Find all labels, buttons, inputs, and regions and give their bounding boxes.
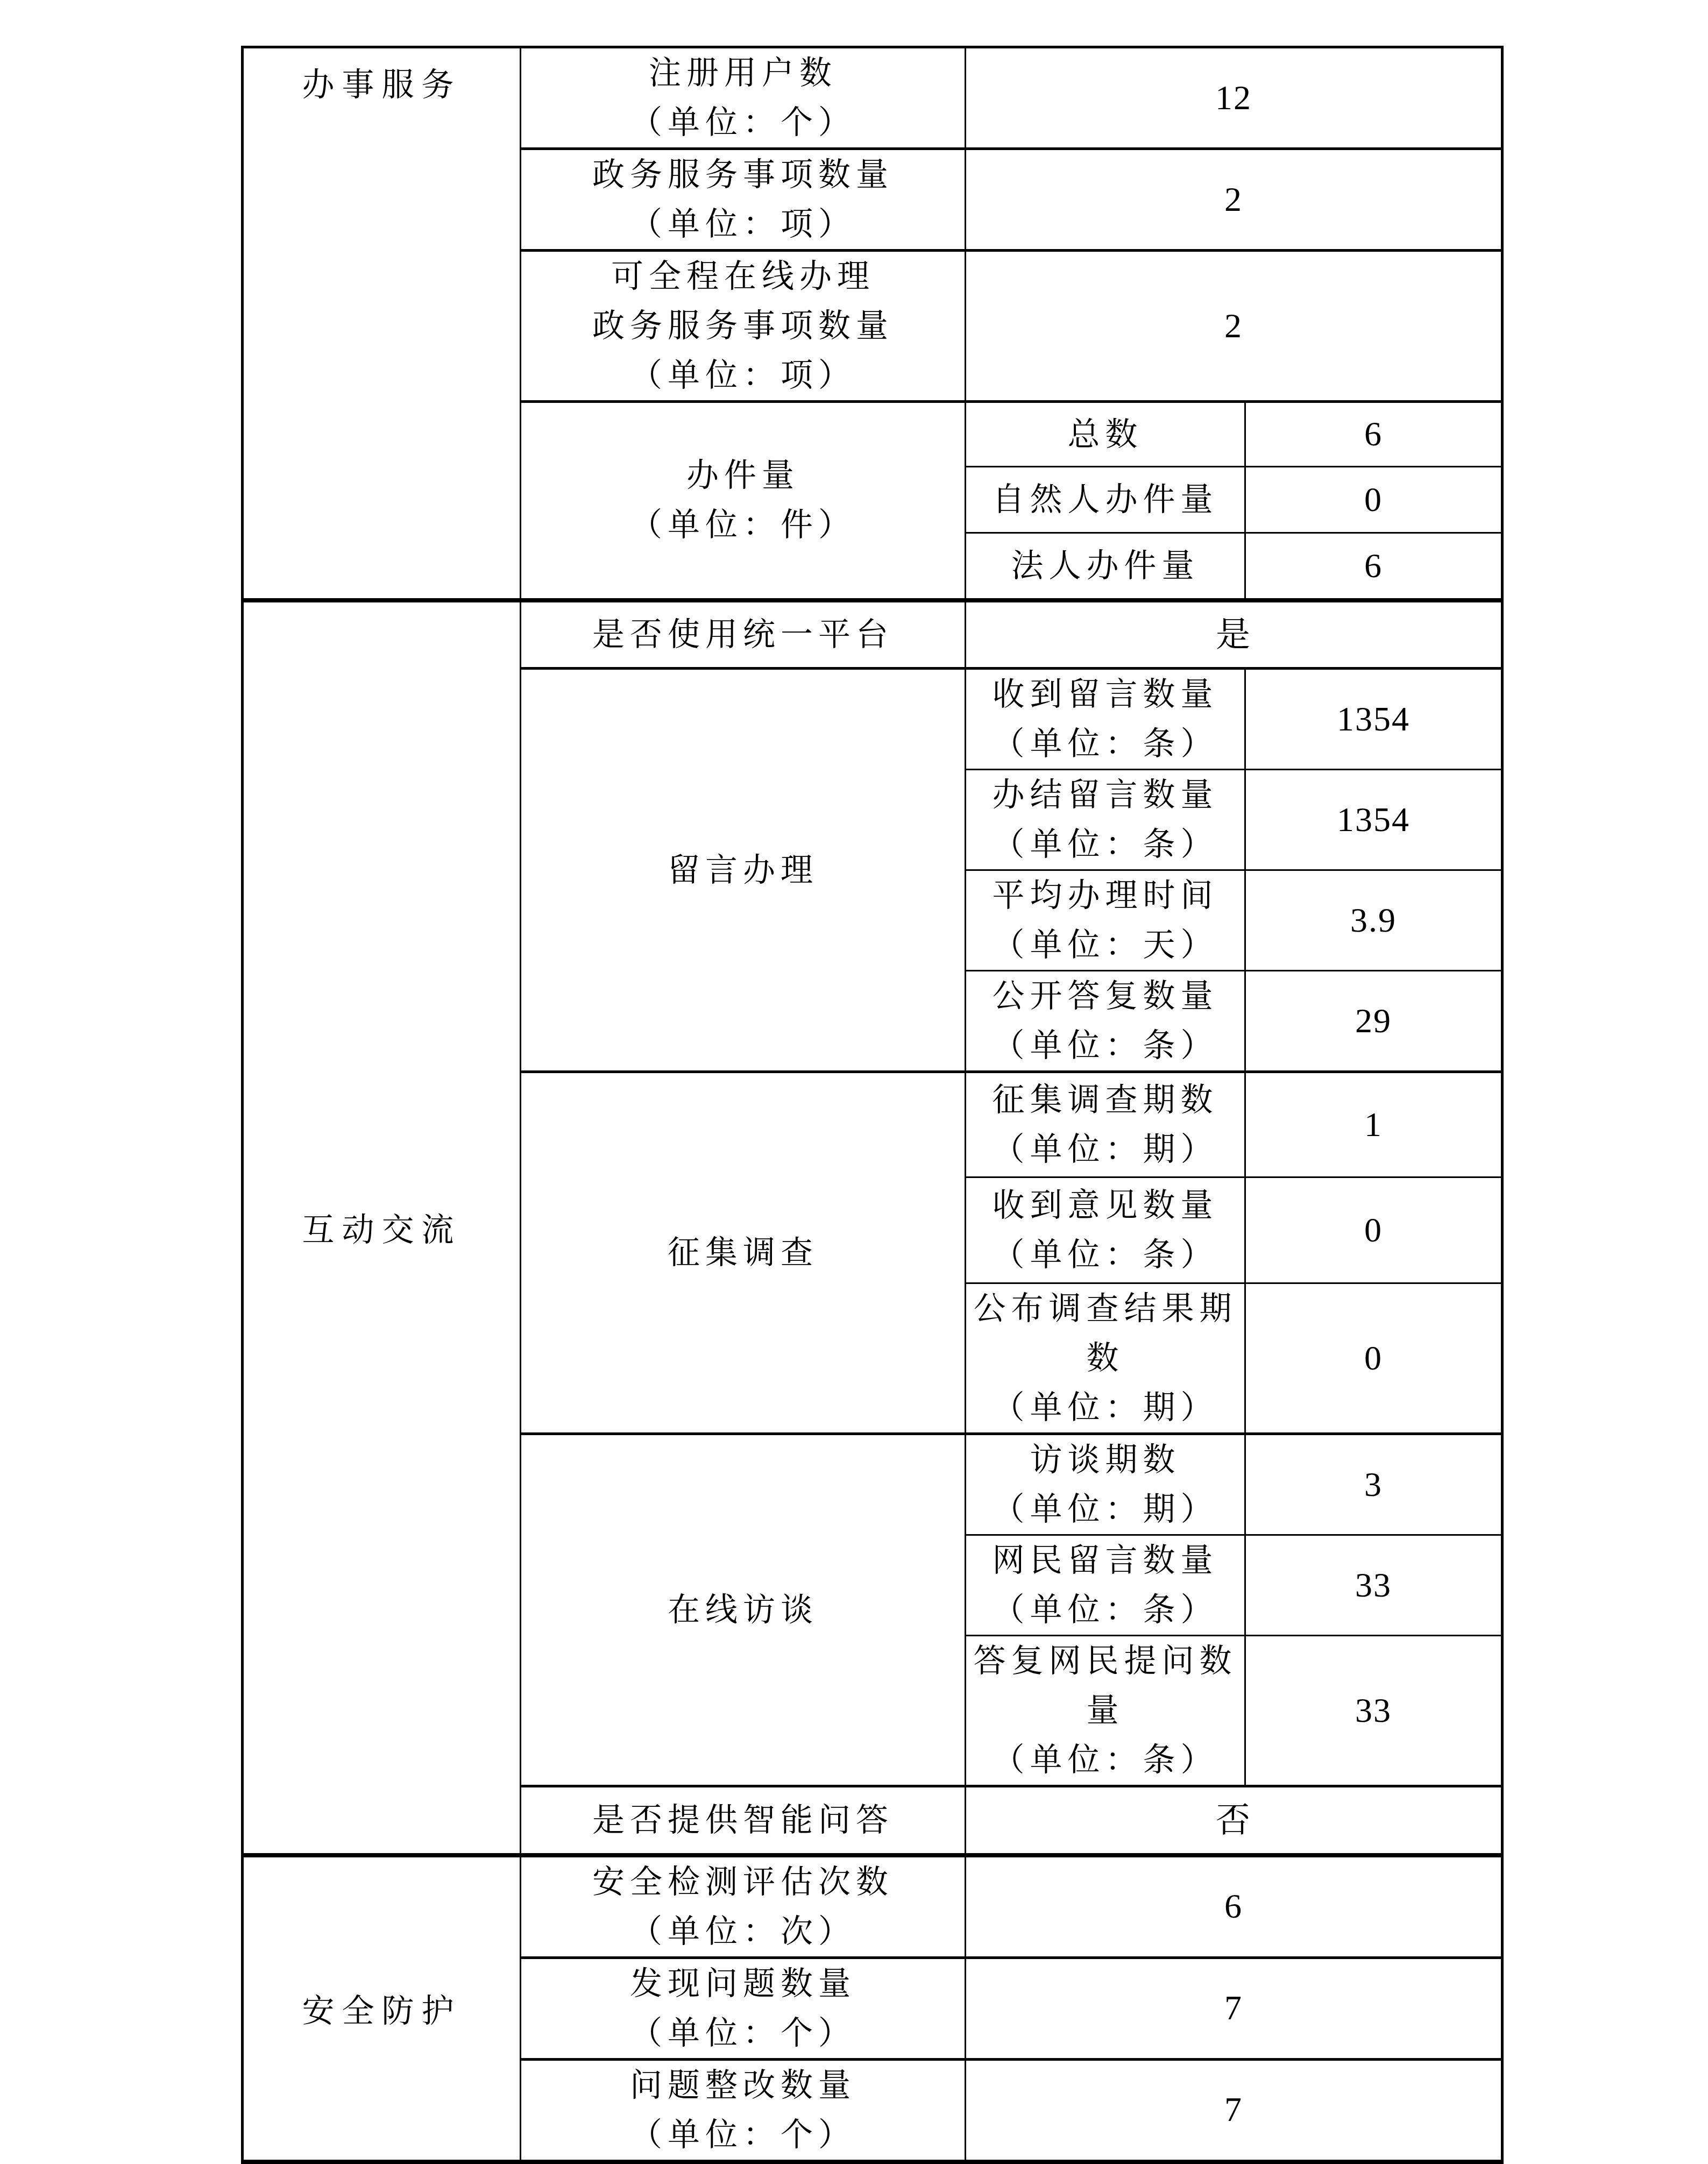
label-line: 征集调查期数: [966, 1075, 1244, 1125]
value-text: 否: [966, 1801, 1501, 1839]
label-line: 公布调查结果期数: [966, 1284, 1244, 1383]
submetric-label-cell: 征集调查期数 （单位：期）: [966, 1072, 1245, 1177]
value-text: 6: [1246, 547, 1501, 585]
section-group-cell: 办事服务: [243, 47, 521, 600]
label-line: （单位：个）: [521, 98, 965, 147]
metric-value-cell: 7: [966, 2059, 1503, 2162]
metric-label-cell: 征集调查: [521, 1072, 966, 1434]
label-line: （单位：条）: [966, 1021, 1244, 1070]
metric-value-cell: 6: [1245, 402, 1503, 467]
group-label: 安全防护: [244, 1985, 520, 2032]
value-text: 0: [1246, 1211, 1501, 1249]
label-line: （单位：件）: [521, 500, 965, 550]
label-line: 答复网民提问数量: [966, 1636, 1244, 1735]
label-line: （单位：条）: [966, 1585, 1244, 1635]
metric-label-cell: 问题整改数量 （单位：个）: [521, 2059, 966, 2162]
metric-label-cell: 办件量 （单位：件）: [521, 402, 966, 600]
label-line: 收到意见数量: [966, 1181, 1244, 1230]
submetric-label-cell: 法人办件量: [966, 533, 1245, 600]
value-text: 2: [966, 181, 1501, 218]
label-line: 政务服务事项数量: [521, 301, 965, 351]
metric-value-cell: 1354: [1245, 770, 1503, 870]
section-group-cell: 安全防护: [243, 1855, 521, 2162]
label-line: （单位：个）: [521, 2009, 965, 2058]
label-line: 政务服务事项数量: [521, 150, 965, 200]
value-text: 6: [1246, 415, 1501, 453]
submetric-label-cell: 公布调查结果期数 （单位：期）: [966, 1283, 1245, 1434]
value-text: 3.9: [1246, 902, 1501, 939]
submetric-label-cell: 网民留言数量 （单位：条）: [966, 1535, 1245, 1636]
metric-label-cell: 在线访谈: [521, 1434, 966, 1786]
label-line: （单位：期）: [966, 1383, 1244, 1432]
label-line: 自然人办件量: [966, 475, 1244, 524]
table-row: 安全防护 安全检测评估次数 （单位：次） 6: [243, 1855, 1503, 1958]
group-label: 互动交流: [244, 1204, 520, 1251]
value-text: 29: [1246, 1002, 1501, 1040]
label-line: 办件量: [521, 451, 965, 500]
metric-value-cell: 否: [966, 1786, 1503, 1855]
label-line: 公开答复数量: [966, 971, 1244, 1021]
submetric-label-cell: 办结留言数量 （单位：条）: [966, 770, 1245, 870]
label-line: （单位：期）: [966, 1125, 1244, 1174]
metric-value-cell: 33: [1245, 1535, 1503, 1636]
label-line: 在线访谈: [521, 1585, 965, 1635]
metric-value-cell: 2: [966, 149, 1503, 251]
label-line: 注册用户数: [521, 48, 965, 98]
label-line: （单位：项）: [521, 200, 965, 249]
metric-value-cell: 29: [1245, 971, 1503, 1072]
label-line: （单位：条）: [966, 1735, 1244, 1785]
label-line: 访谈期数: [966, 1435, 1244, 1485]
label-line: （单位：条）: [966, 1230, 1244, 1280]
label-line: 收到留言数量: [966, 670, 1244, 719]
label-line: 留言办理: [521, 846, 965, 895]
metric-label-cell: 可全程在线办理 政务服务事项数量 （单位：项）: [521, 251, 966, 402]
metric-label-cell: 是否使用统一平台: [521, 600, 966, 669]
value-text: 7: [966, 2091, 1501, 2128]
label-line: 问题整改数量: [521, 2061, 965, 2110]
metric-value-cell: 2: [966, 251, 1503, 402]
metric-label-cell: 是否提供智能问答: [521, 1786, 966, 1855]
label-line: 办结留言数量: [966, 770, 1244, 820]
value-text: 1354: [1246, 801, 1501, 839]
metric-value-cell: 0: [1245, 467, 1503, 533]
value-text: 33: [1246, 1692, 1501, 1729]
submetric-label-cell: 答复网民提问数量 （单位：条）: [966, 1636, 1245, 1786]
label-line: 总数: [966, 410, 1244, 459]
submetric-label-cell: 收到留言数量 （单位：条）: [966, 669, 1245, 770]
metric-value-cell: 1354: [1245, 669, 1503, 770]
label-line: （单位：次）: [521, 1907, 965, 1956]
label-line: 法人办件量: [966, 541, 1244, 591]
value-text: 7: [966, 1989, 1501, 2027]
label-line: （单位：条）: [966, 719, 1244, 769]
metric-value-cell: 0: [1245, 1177, 1503, 1283]
submetric-label-cell: 自然人办件量: [966, 467, 1245, 533]
metric-label-cell: 留言办理: [521, 669, 966, 1072]
metric-value-cell: 0: [1245, 1283, 1503, 1434]
value-text: 0: [1246, 481, 1501, 519]
metric-value-cell: 12: [966, 47, 1503, 149]
label-line: 安全检测评估次数: [521, 1857, 965, 1907]
label-line: （单位：条）: [966, 820, 1244, 869]
group-label: 办事服务: [244, 59, 520, 105]
metric-value-cell: 33: [1245, 1636, 1503, 1786]
metric-label-cell: 政务服务事项数量 （单位：项）: [521, 149, 966, 251]
metric-value-cell: 7: [966, 1957, 1503, 2059]
submetric-label-cell: 公开答复数量 （单位：条）: [966, 971, 1245, 1072]
value-text: 12: [966, 79, 1501, 117]
label-line: （单位：项）: [521, 351, 965, 400]
label-line: 是否提供智能问答: [521, 1796, 965, 1845]
table-row: 互动交流 是否使用统一平台 是: [243, 600, 1503, 669]
submetric-label-cell: 收到意见数量 （单位：条）: [966, 1177, 1245, 1283]
label-line: 平均办理时间: [966, 871, 1244, 920]
label-line: 征集调查: [521, 1228, 965, 1278]
value-text: 1: [1246, 1106, 1501, 1144]
metric-value-cell: 3.9: [1245, 870, 1503, 971]
label-line: （单位：天）: [966, 920, 1244, 970]
metric-label-cell: 注册用户数 （单位：个）: [521, 47, 966, 149]
label-line: 是否使用统一平台: [521, 610, 965, 659]
submetric-label-cell: 平均办理时间 （单位：天）: [966, 870, 1245, 971]
value-text: 33: [1246, 1566, 1501, 1604]
value-text: 6: [966, 1888, 1501, 1925]
value-text: 是: [966, 616, 1501, 654]
metric-value-cell: 3: [1245, 1434, 1503, 1535]
table-row: 办事服务 注册用户数 （单位：个） 12: [243, 47, 1503, 149]
metric-label-cell: 发现问题数量 （单位：个）: [521, 1957, 966, 2059]
label-line: 网民留言数量: [966, 1536, 1244, 1585]
submetric-label-cell: 访谈期数 （单位：期）: [966, 1434, 1245, 1535]
value-text: 3: [1246, 1466, 1501, 1503]
label-line: （单位：个）: [521, 2110, 965, 2160]
metric-label-cell: 安全检测评估次数 （单位：次）: [521, 1855, 966, 1958]
annual-report-table: 办事服务 注册用户数 （单位：个） 12 政务服务事项数量 （单位：项） 2 可…: [241, 46, 1504, 2164]
metric-value-cell: 6: [1245, 533, 1503, 600]
submetric-label-cell: 总数: [966, 402, 1245, 467]
section-group-cell: 互动交流: [243, 600, 521, 1855]
label-line: 发现问题数量: [521, 1959, 965, 2009]
value-text: 0: [1246, 1339, 1501, 1377]
label-line: 可全程在线办理: [521, 252, 965, 301]
value-text: 2: [966, 307, 1501, 345]
metric-value-cell: 是: [966, 600, 1503, 669]
value-text: 1354: [1246, 700, 1501, 738]
label-line: （单位：期）: [966, 1485, 1244, 1534]
metric-value-cell: 6: [966, 1855, 1503, 1958]
metric-value-cell: 1: [1245, 1072, 1503, 1177]
